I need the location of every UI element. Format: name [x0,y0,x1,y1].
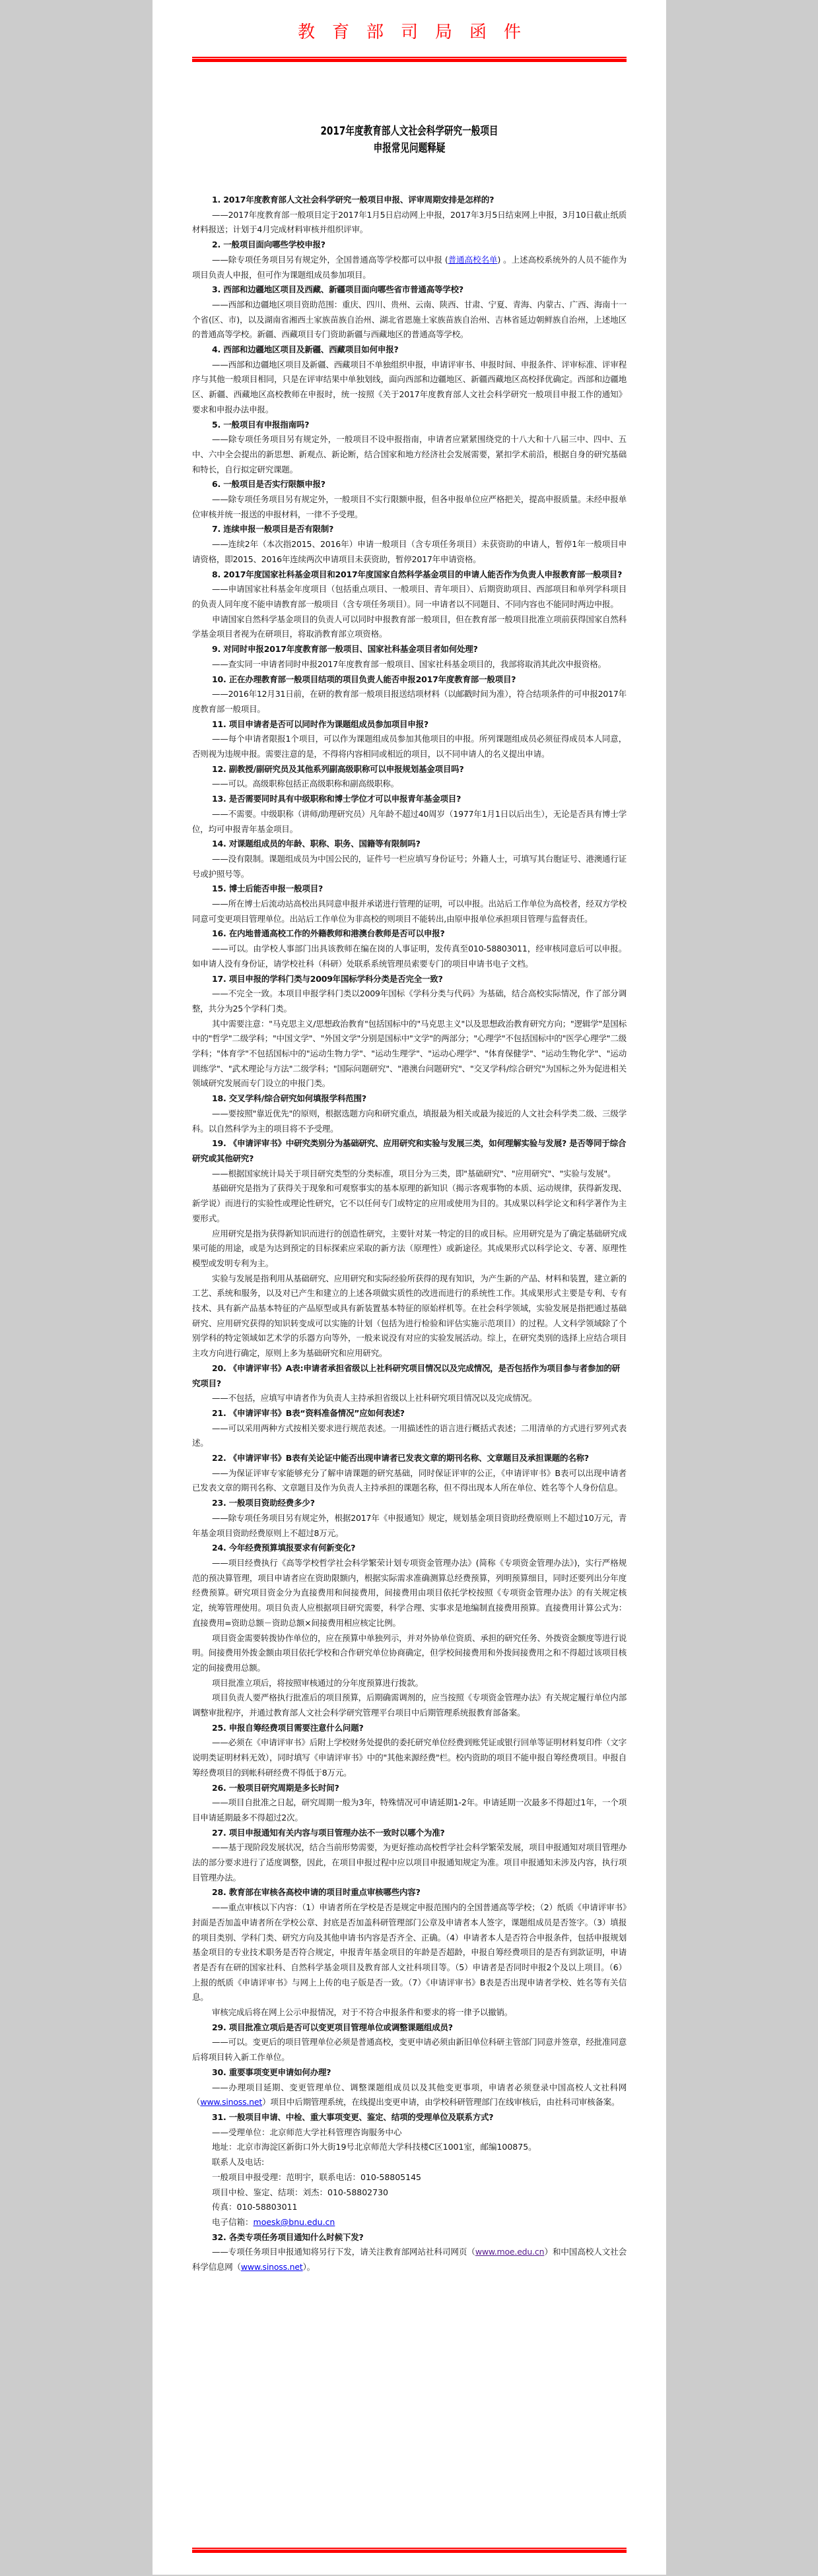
contact-address: 地址：北京市海淀区新街口外大街19号北京师范大学科技楼C区1001室，邮编100… [192,2140,627,2155]
contact-check-phone: 项目中检、鉴定、结项：刘杰：010-58802730 [192,2185,627,2201]
faq-question-12: 12. 副教授/副研究员及其他系列副高级职称可以申报规划基金项目吗? [192,762,627,777]
faq-answer-5: ——除专项任务项目另有规定外，一般项目不设申报指南，申请者应紧紧围绕党的十八大和… [192,432,627,477]
faq-answer-28-p2: 审核完成后将在网上公示申报情况，对于不符合申报条件和要求的将一律予以撤销。 [192,2005,627,2020]
faq-question-17: 17. 项目申报的学科门类与2009年国标学科分类是否完全一致? [192,972,627,987]
faq-answer-10: ——2016年12月31日前，在研的教育部一般项目报送结项材料（以邮戳时间为准）… [192,687,627,717]
faq-question-1: 1. 2017年度教育部人文社会科学研究一般项目申报、评审周期安排是怎样的? [192,193,627,208]
faq-answer-22: ——为保证评审专家能够充分了解申请课题的研究基础，同时保证评审的公正，《申请评审… [192,1466,627,1496]
faq-answer-16: ——可以。由学校人事部门出具该教师在编在岗的人事证明，发传真至010-58803… [192,942,627,971]
answer-text: ）项目中后期管理系统，在线提出变更申请，由学校科研管理部门在线审核后，由社科司审… [262,2097,619,2107]
document-title: 2017年度教育部人文社会科学研究一般项目 申报常见问题释疑 [236,123,583,157]
faq-answer-20: ——不包括，应填写申请者作为负责人主持承担省级以上社科研究项目情况以及完成情况。 [192,1391,627,1406]
answer-text: ——专项任务项目申报通知将另行下发，请关注教育部网站社科司网页（ [212,2247,475,2257]
faq-question-14: 14. 对课题组成员的年龄、职称、职务、国籍等有限制吗? [192,837,627,852]
faq-answer-19-p2: 基础研究是指为了获得关于现象和可观察事实的基本原理的新知识（揭示客观事物的本质、… [192,1181,627,1226]
faq-answer-24-p1: ——项目经费执行《高等学校哲学社会科学繁荣计划专项资金管理办法》(简称《专项资金… [192,1556,627,1631]
faq-question-28: 28. 教育部在审核各高校申请的项目时重点审核哪些内容? [192,1885,627,1900]
faq-answer-8-p2: 申请国家自然科学基金项目的负责人可以同时申报教育部一般项目，但在教育部一般项目批… [192,612,627,642]
faq-question-19: 19. 《申请评审书》中研究类别分为基础研究、应用研究和实验与发展三类，如何理解… [192,1136,627,1166]
faq-answer-1: ——2017年度教育部一般项目定于2017年1月5日启动网上申报，2017年3月… [192,208,627,238]
faq-question-20: 20. 《申请评审书》A表:申请者承担省级以上社科研究项目情况以及完成情况，是否… [192,1361,627,1391]
sinoss-link-2[interactable]: www.sinoss.net [241,2262,303,2272]
contact-apply-phone: 一般项目申报受理：范明宇，联系电话：010-58805145 [192,2170,627,2185]
faq-question-31: 31. 一般项目申请、中检、重大事项变更、鉴定、结项的受理单位及联系方式? [192,2110,627,2125]
faq-question-27: 27. 项目申报通知有关内容与项目管理办法不一致时以哪个为准? [192,1826,627,1841]
letterhead-title: 教育部司局函件 [192,0,627,49]
answer-text: ——除专项任务项目另有规定外，全国普通高等学校都可以申报 ( [212,255,448,265]
faq-question-24: 24. 今年经费预算填报要求有何新变化? [192,1541,627,1556]
contact-email-label: 电子信箱： [212,2217,254,2227]
faq-answer-8-p1: ——申请国家社科基金年度项目（包括重点项目、一般项目、青年项目）、后期资助项目、… [192,582,627,612]
faq-answer-23: ——除专项任务项目另有规定外，根据2017年《申报通知》规定，规划基金项目资助经… [192,1511,627,1541]
answer-text: ）。 [303,2262,315,2272]
contact-people-label: 联系人及电话: [192,2155,627,2170]
faq-answer-24-p2: 项目资金需要转拨协作单位的，应在预算中单独列示，并对外协单位资质、承担的研究任务… [192,1631,627,1676]
faq-question-30: 30. 重要事项变更申请如何办理? [192,2065,627,2080]
faq-answer-32: ——专项任务项目申报通知将另行下发，请关注教育部网站社科司网页（www.moe.… [192,2245,627,2274]
faq-answer-15: ——所在博士后流动站高校出具同意申报并承诺进行管理的证明，可以申报。出站后工作单… [192,897,627,926]
university-list-link[interactable]: 普通高校名单 [448,255,498,265]
faq-answer-17-p1: ——不完全一致。本项目申报学科门类以2009年国标《学科分类与代码》为基础，结合… [192,986,627,1016]
faq-question-8: 8. 2017年度国家社科基金项目和2017年度国家自然科学基金项目的申请人能否… [192,567,627,583]
faq-question-4: 4. 西部和边疆地区项目及新疆、西藏项目如何申报? [192,342,627,358]
faq-answer-14: ——没有限制。课题组成员为中国公民的，证件号一栏应填写身份证号；外籍人士，可填写… [192,852,627,882]
faq-question-23: 23. 一般项目资助经费多少? [192,1496,627,1511]
faq-answer-2: ——除专项任务项目另有规定外，全国普通高等学校都可以申报 (普通高校名单) 。上… [192,253,627,282]
faq-answer-18: ——要按照"靠近优先"的原则，根据选题方向和研究重点，填报最为相关或最为接近的人… [192,1107,627,1136]
faq-answer-19-p3: 应用研究是指为获得新知识而进行的创造性研究，主要针对某一特定的目的或目标。应用研… [192,1227,627,1272]
faq-answer-11: ——每个申请者限报1个项目，可以作为课题组成员参加其他项目的申报。所列课题组成员… [192,732,627,761]
faq-question-3: 3. 西部和边疆地区项目及西藏、新疆项目面向哪些省市普通高等学校? [192,282,627,298]
faq-question-26: 26. 一般项目研究周期是多长时间? [192,1781,627,1796]
faq-question-25: 25. 申报自筹经费项目需要注意什么问题? [192,1721,627,1736]
faq-question-6: 6. 一般项目是否实行限额申报? [192,477,627,492]
contact-email-row: 电子信箱：moesk@bnu.edu.cn [192,2215,627,2230]
faq-question-16: 16. 在内地普通高校工作的外籍教师和港澳台教师是否可以申报? [192,926,627,942]
faq-answer-9: ——查实同一申请者同时申报2017年度教育部一般项目、国家社科基金项目的，我部将… [192,657,627,672]
faq-answer-24-p3: 项目批准立项后，将按照审核通过的分年度预算进行拨款。 [192,1676,627,1691]
faq-question-11: 11. 项目申请者是否可以同时作为课题组成员参加项目申报? [192,717,627,732]
faq-answer-3: ——西部和边疆地区项目资助范围：重庆、四川、贵州、云南、陕西、甘肃、宁夏、青海、… [192,298,627,342]
document-page: 教育部司局函件 2017年度教育部人文社会科学研究一般项目 申报常见问题释疑 1… [153,0,666,2575]
faq-answer-28-p1: ——重点审核以下内容：（1）申请者所在学校是否是规定申报范围内的全国普通高等学校… [192,1900,627,2005]
faq-question-7: 7. 连续申报一般项目是否有限制? [192,522,627,537]
faq-answer-17-p2: 其中需要注意："马克思主义/思想政治教育"包括国标中的"马克思主义"以及思想政治… [192,1017,627,1092]
faq-question-15: 15. 博士后能否申报一般项目? [192,882,627,897]
faq-question-22: 22. 《申请评审书》B表有关论证中能否出现申请者已发表文章的期刊名称、文章题目… [192,1451,627,1466]
moe-link[interactable]: www.moe.edu.cn [475,2247,545,2257]
document-title-line-1: 2017年度教育部人文社会科学研究一般项目 [236,123,583,140]
faq-question-13: 13. 是否需要同时具有中级职称和博士学位才可以申报青年基金项目? [192,792,627,807]
faq-answer-13: ——不需要。中级职称（讲师/助理研究员）凡年龄不超过40周岁（1977年1月1日… [192,807,627,837]
document-title-line-2: 申报常见问题释疑 [236,140,583,157]
faq-answer-19-p4: 实验与发展是指利用从基础研究、应用研究和实际经验所获得的现有知识，为产生新的产品… [192,1272,627,1361]
faq-answer-25: ——必须在《申请评审书》后附上学校财务处提供的委托研究单位经费到账凭证或银行回单… [192,1735,627,1780]
faq-answer-12: ——可以。高级职称包括正高级职称和副高级职称。 [192,777,627,792]
faq-question-21: 21. 《申请评审书》B表“资料准备情况”应如何表述? [192,1406,627,1421]
faq-answer-24-p4: 项目负责人要严格执行批准后的项目预算，后期确需调剂的，应当按照《专项资金管理办法… [192,1690,627,1720]
footer-red-rule [192,2548,627,2553]
faq-answer-7: ——连续2年（本次指2015、2016年）申请一般项目（含专项任务项目）未获资助… [192,537,627,567]
faq-answer-27: ——基于现阶段发展状况，结合当前形势需要，为更好推动高校哲学社会科学繁荣发展，项… [192,1840,627,1885]
faq-answer-26: ——项目自批准之日起，研究周期一般为3年，特殊情况可申请延期1-2年。申请延期一… [192,1795,627,1825]
faq-answer-19-p1: ——根据国家统计局关于项目研究类型的分类标准，项目分为三类，即"基础研究"、"应… [192,1167,627,1182]
faq-answer-30: ——办理项目延期、变更管理单位、调整课题组成员以及其他变更事项，申请者必须登录中… [192,2080,627,2110]
faq-question-29: 29. 项目批准立项后是否可以变更项目管理单位或调整课题组成员? [192,2020,627,2036]
faq-question-18: 18. 交叉学科/综合研究如何填报学科范围? [192,1091,627,1107]
contact-fax: 传真：010-58803011 [192,2200,627,2215]
contact-unit: ——受理单位：北京师范大学社科管理咨询服务中心 [192,2125,627,2141]
sinoss-link[interactable]: www.sinoss.net [200,2097,262,2107]
faq-answer-21: ——可以采用两种方式按相关要求进行规范表述。一用描述性的语言进行概括式表述；二用… [192,1421,627,1451]
faq-answer-29: ——可以。变更后的项目管理单位必须是普通高校，变更申请必须由新旧单位科研主管部门… [192,2035,627,2065]
letterhead-red-rule [192,57,627,62]
contact-email-link[interactable]: moesk@bnu.edu.cn [254,2217,335,2227]
faq-question-9: 9. 对同时申报2017年度教育部一般项目、国家社科基金项目者如何处理? [192,642,627,657]
faq-answer-6: ——除专项任务项目另有规定外，一般项目不实行限额申报，但各申报单位应严格把关，提… [192,492,627,522]
faq-answer-4: ——西部和边疆地区项目及新疆、西藏项目不单独组织申报，申请评审书、申报时间、申报… [192,358,627,418]
faq-question-5: 5. 一般项目有申报指南吗? [192,418,627,433]
faq-question-10: 10. 正在办理教育部一般项目结项的项目负责人能否申报2017年度教育部一般项目… [192,672,627,688]
faq-question-2: 2. 一般项目面向哪些学校申报? [192,238,627,253]
faq-question-32: 32. 各类专项任务项目通知什么时候下发? [192,2230,627,2245]
faq-content: 1. 2017年度教育部人文社会科学研究一般项目申报、评审周期安排是怎样的? —… [192,193,627,2275]
